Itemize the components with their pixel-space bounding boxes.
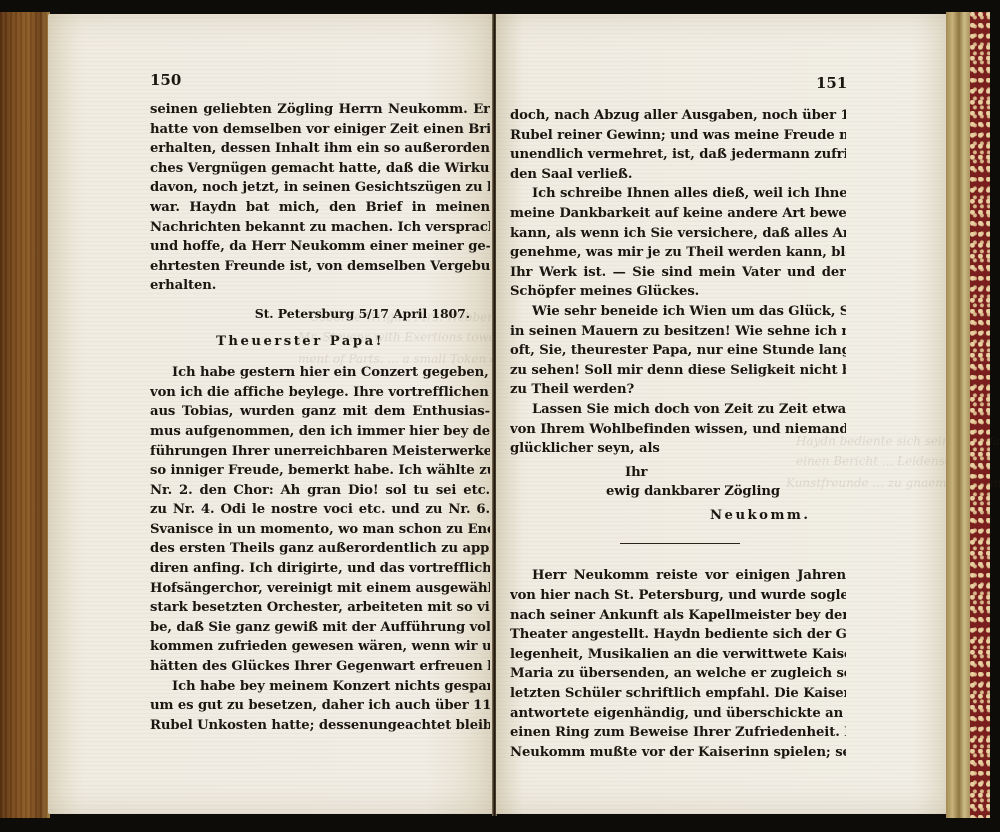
text-line: Schöpfer meines Glückes. xyxy=(510,282,846,302)
letter-salutation: Theuerster Papa! xyxy=(150,332,490,352)
text-line: kann, als wenn ich Sie versichere, daß a… xyxy=(510,224,846,244)
text-line: nach seiner Ankunft als Kapellmeister be… xyxy=(510,606,846,626)
text-line: erhalten, dessen Inhalt ihm ein so außer… xyxy=(150,139,490,159)
text-line: hatte von demselben vor einiger Zeit ein… xyxy=(150,120,490,140)
text-line: oft, Sie, theurester Papa, nur eine Stun… xyxy=(510,341,846,361)
text-line: Nachrichten bekannt zu machen. Ich versp… xyxy=(150,218,490,238)
text-line: zu Theil werden? xyxy=(510,380,846,400)
text-line: diren anfing. Ich dirigirte, und das vor… xyxy=(150,559,490,579)
spacer xyxy=(510,525,846,543)
text-line: erhalten. xyxy=(150,276,490,296)
text-line: von ich die affiche beylege. Ihre vortre… xyxy=(150,383,490,403)
text-line: Ich habe gestern hier ein Conzert gegebe… xyxy=(150,363,490,383)
page-number-left: 150 xyxy=(150,71,181,89)
spacer xyxy=(510,544,846,566)
text-line: und hoffe, da Herr Neukomm einer meiner … xyxy=(150,237,490,257)
text-line: Ihr Werk ist. — Sie sind mein Vater und … xyxy=(510,263,846,283)
text-line: ehrtesten Freunde ist, von demselben Ver… xyxy=(150,257,490,277)
text-line: Ich habe bey meinem Konzert nichts gespa… xyxy=(150,677,490,697)
text-line: den Saal verließ. xyxy=(510,165,846,185)
text-line: davon, noch jetzt, in seinen Gesichtszüg… xyxy=(150,178,490,198)
letter-signature: Neukomm. xyxy=(510,506,846,526)
text-line: doch, nach Abzug aller Ausgaben, noch üb… xyxy=(510,106,846,126)
text-line: Ich schreibe Ihnen alles dieß, weil ich … xyxy=(510,184,846,204)
text-line: von Ihrem Wohlbefinden wissen, und niema… xyxy=(510,420,846,440)
text-line: letzten Schüler schriftlich empfahl. Die… xyxy=(510,684,846,704)
page-number-right: 151 xyxy=(816,74,847,92)
text-line: Maria zu übersenden, an welche er zuglei… xyxy=(510,664,846,684)
text-line: um es gut zu besetzen, daher ich auch üb… xyxy=(150,696,490,716)
open-book: Osborne Wright, Mrs. Webber, Mr. Mr. Ste… xyxy=(0,0,1000,832)
closing-phrase: ewig dankbarer Zögling xyxy=(510,482,846,502)
text-line: antwortete eigenhändig, und überschickte… xyxy=(510,704,846,724)
text-line: von hier nach St. Petersburg, und wurde … xyxy=(510,586,846,606)
left-cover-binding xyxy=(0,12,50,818)
text-line: Wie sehr beneide ich Wien um das Glück, … xyxy=(510,302,846,322)
text-line: einen Ring zum Beweise Ihrer Zufriedenhe… xyxy=(510,723,846,743)
text-line: aus Tobias, wurden ganz mit dem Enthusia… xyxy=(150,402,490,422)
closing-ihr: Ihr xyxy=(510,463,846,483)
text-line: ches Vergnügen gemacht hatte, daß die Wi… xyxy=(150,159,490,179)
right-page-text: doch, nach Abzug aller Ausgaben, noch üb… xyxy=(510,106,846,762)
text-line: glücklicher seyn, als xyxy=(510,439,846,459)
text-line: zu sehen! Soll mir denn diese Seligkeit … xyxy=(510,361,846,381)
spacer xyxy=(150,324,490,332)
text-line: Hofsängerchor, vereinigt mit einem ausge… xyxy=(150,579,490,599)
text-line: mus aufgenommen, den ich immer hier bey … xyxy=(150,422,490,442)
right-cover-marbled xyxy=(970,12,990,818)
text-line: genehme, was mir je zu Theil werden kann… xyxy=(510,243,846,263)
text-line: Lassen Sie mich doch von Zeit zu Zeit et… xyxy=(510,400,846,420)
text-line: hätten des Glückes Ihrer Gegenwart erfre… xyxy=(150,657,490,677)
text-line: seinen geliebten Zögling Herrn Neukomm. … xyxy=(150,100,490,120)
text-line: legenheit, Musikalien an die verwittwete… xyxy=(510,645,846,665)
text-line: Rubel Unkosten hatte; dessenungeachtet b… xyxy=(150,716,490,736)
spacer xyxy=(150,296,490,304)
left-page-text: seinen geliebten Zögling Herrn Neukomm. … xyxy=(150,100,490,735)
page-edges xyxy=(946,12,972,818)
text-line: Rubel reiner Gewinn; und was meine Freud… xyxy=(510,126,846,146)
text-line: Nr. 2. den Chor: Ah gran Dio! sol tu sei… xyxy=(150,481,490,501)
text-line: Neukomm mußte vor der Kaiserinn spielen;… xyxy=(510,743,846,763)
text-line: zu Nr. 4. Odi le nostre voci etc. und zu… xyxy=(150,500,490,520)
text-line: Theater angestellt. Haydn bediente sich … xyxy=(510,625,846,645)
text-line: in seinen Mauern zu besitzen! Wie sehne … xyxy=(510,322,846,342)
text-line: meine Dankbarkeit auf keine andere Art b… xyxy=(510,204,846,224)
text-line: kommen zufrieden gewesen wären, wenn wir… xyxy=(150,637,490,657)
text-line: führungen Ihrer unerreichbaren Meisterwe… xyxy=(150,442,490,462)
text-line: so inniger Freude, bemerkt habe. Ich wäh… xyxy=(150,461,490,481)
text-line: be, daß Sie ganz gewiß mit der Aufführun… xyxy=(150,618,490,638)
text-line: Herr Neukomm reiste vor einigen Jahren xyxy=(510,566,846,586)
letter-dateline: St. Petersburg 5/17 April 1807. xyxy=(150,304,490,324)
text-line: stark besetzten Orchester, arbeiteten mi… xyxy=(150,598,490,618)
spacer xyxy=(150,351,490,363)
text-line: Svanisce in un momento, wo man schon zu … xyxy=(150,520,490,540)
text-line: unendlich vermehret, ist, daß jedermann … xyxy=(510,145,846,165)
text-line: des ersten Theils ganz außerordentlich z… xyxy=(150,539,490,559)
text-line: war. Haydn bat mich, den Brief in meinen xyxy=(150,198,490,218)
